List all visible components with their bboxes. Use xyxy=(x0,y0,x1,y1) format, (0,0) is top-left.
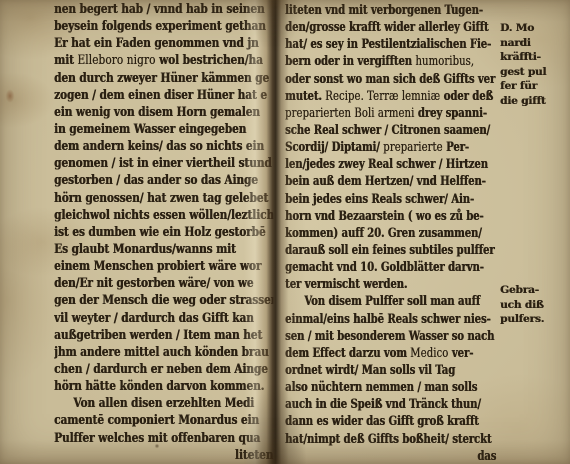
text-line: hat/ es sey in Pestilentzialischen Fie- xyxy=(285,35,496,52)
text-segment: Per- xyxy=(443,139,469,154)
text-line: also nüchtern nemmen / man solls xyxy=(285,378,496,395)
text-segment: hat/ es sey in Pestilentzialischen Fie- xyxy=(285,36,491,51)
text-line: hörn hätte könden darvon kommen. xyxy=(54,378,273,395)
text-segment: Scordij/ Diptami/ xyxy=(285,139,383,154)
text-segment: chen / dardurch er neben dem Ainge xyxy=(54,362,268,377)
text-segment: auch in die Speiß vnd Tränck thun/ xyxy=(285,396,481,411)
text-line: einem Menschen probiert wäre wor xyxy=(54,258,273,275)
text-segment: oder sonst wo man sich deß Giffts ver xyxy=(285,71,495,86)
text-line: vil weyter / dardurch das Gifft kan xyxy=(54,310,273,327)
margin-note-line: uch diß xyxy=(500,298,568,313)
text-line: Von allen disen erzehlten Medi xyxy=(54,395,273,412)
text-segment: genomen / ist in einer viertheil stund xyxy=(54,156,272,171)
margin-note-line: die gifft xyxy=(500,94,568,109)
catchword-line: liteten xyxy=(54,447,273,464)
text-segment: gestorben / das ander so das Ainge xyxy=(54,173,258,188)
text-segment: bein auß dem Hertzen/ vnd Helffen- xyxy=(285,173,486,188)
text-segment: camentē componiert Monardus ein xyxy=(54,413,259,428)
text-line: mutet. Recipe. Terræ lemniæ oder deß xyxy=(285,87,496,104)
text-line: dem andern keins/ das so nichts ein xyxy=(54,138,273,155)
text-segment: dann es wider das Gifft groß krafft xyxy=(285,413,479,428)
text-line: Pulffer welches mit offenbaren qua xyxy=(54,430,273,447)
text-segment: gleichwol nichts essen wöllen/leztlich xyxy=(54,208,273,223)
text-line: den durch zweyer Hüner kämmen ge xyxy=(54,70,273,87)
open-book-spread: nen begert hab / vnnd hab in seinenbeyse… xyxy=(0,0,570,464)
latin-text-segment: preparierten Boli armeni xyxy=(285,105,414,120)
text-segment: hörn genossen/ hat zwen tag gelebet xyxy=(54,191,268,206)
latin-text-segment: humoribus, xyxy=(415,53,474,68)
text-line: ordnet wirdt/ Man solls vil Tag xyxy=(285,361,496,378)
margin-note-line: Gebra- xyxy=(500,283,568,298)
right-page: liteten vnd mit verborgenen Tugen-den/gr… xyxy=(278,0,570,464)
text-segment: Er hat ein Faden genommen vnd jn xyxy=(54,36,259,51)
text-segment: also nüchtern nemmen / man solls xyxy=(285,379,477,394)
text-segment: wol bestrichen/ha xyxy=(155,53,262,68)
text-segment: beysein folgends experiment gethan xyxy=(54,19,266,34)
left-page: nen begert hab / vnnd hab in seinenbeyse… xyxy=(0,0,272,464)
text-segment: sen / mit besonderem Wasser so nach xyxy=(285,328,494,343)
text-segment: hat/nimpt deß Giffts boßheit/ sterckt xyxy=(285,431,491,446)
text-line: gemacht vnd 10. Goldblätter darvn- xyxy=(285,258,496,275)
text-line: ist es dumben wie ein Holz gestorbē xyxy=(54,224,273,241)
text-line: den/Er nit gestorben wäre/ von we xyxy=(54,275,273,292)
text-line: jhm andere mittel auch könden brau xyxy=(54,344,273,361)
margin-note-line: fer für xyxy=(500,79,568,94)
margin-note-line: kräffti- xyxy=(500,50,568,65)
text-segment: in gemeinem Wasser eingegeben xyxy=(54,122,246,137)
text-segment: oder deß xyxy=(440,88,493,103)
catchword-line: das xyxy=(285,447,496,464)
margin-note-line: D. Mo xyxy=(500,21,568,36)
text-segment: gen der Mensch die weg oder strassen xyxy=(54,293,273,308)
text-line: len/jedes zwey Real schwer / Hirtzen xyxy=(285,155,496,172)
margin-note-line: gest pul xyxy=(500,65,568,80)
text-segment: horn vnd Bezaarstein ( wo es zů be- xyxy=(285,208,483,223)
text-line: darauß soll ein feines subtiles pulffer xyxy=(285,241,496,258)
text-segment: nen begert hab / vnnd hab in seinen xyxy=(54,2,264,17)
text-segment: len/jedes zwey Real schwer / Hirtzen xyxy=(285,156,488,171)
text-segment: liteten vnd mit verborgenen Tugen- xyxy=(285,2,483,17)
text-line: zogen / dem einen diser Hüner hat e xyxy=(54,87,273,104)
text-segment: ist es dumben wie ein Holz gestorbē xyxy=(54,225,265,240)
text-line: bein jedes eins Reals schwer/ Ain- xyxy=(285,190,496,207)
text-line: gestorben / das ander so das Ainge xyxy=(54,172,273,189)
text-segment: jhm andere mittel auch könden brau xyxy=(54,345,269,360)
text-segment: mutet. xyxy=(285,88,325,103)
margin-note-2: Gebra-uch dißpulfers. xyxy=(500,283,568,327)
text-segment: kommen) auff 20. Gren zusammen/ xyxy=(285,225,482,240)
text-segment: dem Effect darzu vom xyxy=(285,345,410,360)
latin-text-segment: preparierte xyxy=(383,139,442,154)
left-page-text: nen begert hab / vnnd hab in seinenbeyse… xyxy=(54,1,273,464)
latin-text-segment: Medico xyxy=(410,345,448,360)
text-segment: den/Er nit gestorben wäre/ von we xyxy=(54,276,253,291)
text-segment: zogen / dem einen diser Hüner hat e xyxy=(54,88,267,103)
text-segment: Von allen disen erzehlten Medi xyxy=(73,396,254,411)
text-line: bern oder in vergifften humoribus, xyxy=(285,52,496,69)
text-line: sen / mit besonderem Wasser so nach xyxy=(285,327,496,344)
text-line: dem Effect darzu vom Medico ver- xyxy=(285,344,496,361)
text-line: auch in die Speiß vnd Tränck thun/ xyxy=(285,395,496,412)
text-line: liteten vnd mit verborgenen Tugen- xyxy=(285,1,496,18)
latin-text-segment: Elleboro nigro xyxy=(77,53,155,68)
text-line: gen der Mensch die weg oder strassen xyxy=(54,292,273,309)
text-segment: ein wenig von disem Horn gemalen xyxy=(54,105,260,120)
text-line: Es glaubt Monardus/wanns mit xyxy=(54,241,273,258)
text-segment: ordnet wirdt/ Man solls vil Tag xyxy=(285,362,455,377)
text-line: hörn genossen/ hat zwen tag gelebet xyxy=(54,190,273,207)
text-line: preparierten Boli armeni drey spanni- xyxy=(285,104,496,121)
text-line: mit Elleboro nigro wol bestrichen/ha xyxy=(54,52,273,69)
margin-note-line: pulfers. xyxy=(500,312,568,327)
text-line: ter vermischt werden. xyxy=(285,275,496,292)
text-line: Scordij/ Diptami/ preparierte Per- xyxy=(285,138,496,155)
text-line: Von disem Pulffer soll man auff xyxy=(285,292,496,309)
text-segment: vil weyter / dardurch das Gifft kan xyxy=(54,311,254,326)
text-line: den/grosse krafft wider allerley Gifft xyxy=(285,18,496,35)
text-line: dann es wider das Gifft groß krafft xyxy=(285,412,496,429)
text-segment: gemacht vnd 10. Goldblätter darvn- xyxy=(285,259,484,274)
right-page-text: liteten vnd mit verborgenen Tugen-den/gr… xyxy=(285,1,496,464)
text-segment: den durch zweyer Hüner kämmen ge xyxy=(54,71,269,86)
text-segment: Pulffer welches mit offenbaren qua xyxy=(54,431,260,446)
text-segment: Von disem Pulffer soll man auff xyxy=(304,293,480,308)
text-line: Er hat ein Faden genommen vnd jn xyxy=(54,35,273,52)
text-segment: bein jedes eins Reals schwer/ Ain- xyxy=(285,191,474,206)
text-segment: liteten xyxy=(235,448,273,463)
text-segment: einem Menschen probiert wäre wor xyxy=(54,259,261,274)
text-line: außgetriben werden / Item man het xyxy=(54,327,273,344)
text-line: horn vnd Bezaarstein ( wo es zů be- xyxy=(285,207,496,224)
latin-text-segment: Recipe. Terræ lemniæ xyxy=(325,88,440,103)
text-segment: außgetriben werden / Item man het xyxy=(54,328,262,343)
text-segment: den/grosse krafft wider allerley Gifft xyxy=(285,19,488,34)
text-line: chen / dardurch er neben dem Ainge xyxy=(54,361,273,378)
text-line: in gemeinem Wasser eingegeben xyxy=(54,121,273,138)
text-segment: einmal/eins halbē Reals schwer nies- xyxy=(285,311,491,326)
text-line: einmal/eins halbē Reals schwer nies- xyxy=(285,310,496,327)
text-segment: drey spanni- xyxy=(414,105,487,120)
text-line: sche Real schwer / Citronen saamen/ xyxy=(285,121,496,138)
margin-note-1: D. Monardikräffti-gest pulfer fürdie gif… xyxy=(500,21,568,109)
text-line: nen begert hab / vnnd hab in seinen xyxy=(54,1,273,18)
text-segment: mit xyxy=(54,53,77,68)
text-segment: bern oder in vergifften xyxy=(285,53,415,68)
text-line: oder sonst wo man sich deß Giffts ver xyxy=(285,70,496,87)
text-segment: dem andern keins/ das so nichts ein xyxy=(54,139,264,154)
text-segment: das xyxy=(477,448,496,463)
text-line: genomen / ist in einer viertheil stund xyxy=(54,155,273,172)
text-line: hat/nimpt deß Giffts boßheit/ sterckt xyxy=(285,430,496,447)
text-segment: darauß soll ein feines subtiles pulffer xyxy=(285,242,494,257)
text-line: bein auß dem Hertzen/ vnd Helffen- xyxy=(285,172,496,189)
text-line: beysein folgends experiment gethan xyxy=(54,18,273,35)
text-segment: sche Real schwer / Citronen saamen/ xyxy=(285,122,490,137)
text-line: gleichwol nichts essen wöllen/leztlich xyxy=(54,207,273,224)
text-segment: ver- xyxy=(448,345,473,360)
text-segment: Es glaubt Monardus/wanns mit xyxy=(54,242,236,257)
text-line: kommen) auff 20. Gren zusammen/ xyxy=(285,224,496,241)
text-line: camentē componiert Monardus ein xyxy=(54,412,273,429)
margin-note-line: nardi xyxy=(500,36,568,51)
text-segment: ter vermischt werden. xyxy=(285,276,407,291)
text-segment: hörn hätte könden darvon kommen. xyxy=(54,379,264,394)
text-line: ein wenig von disem Horn gemalen xyxy=(54,104,273,121)
